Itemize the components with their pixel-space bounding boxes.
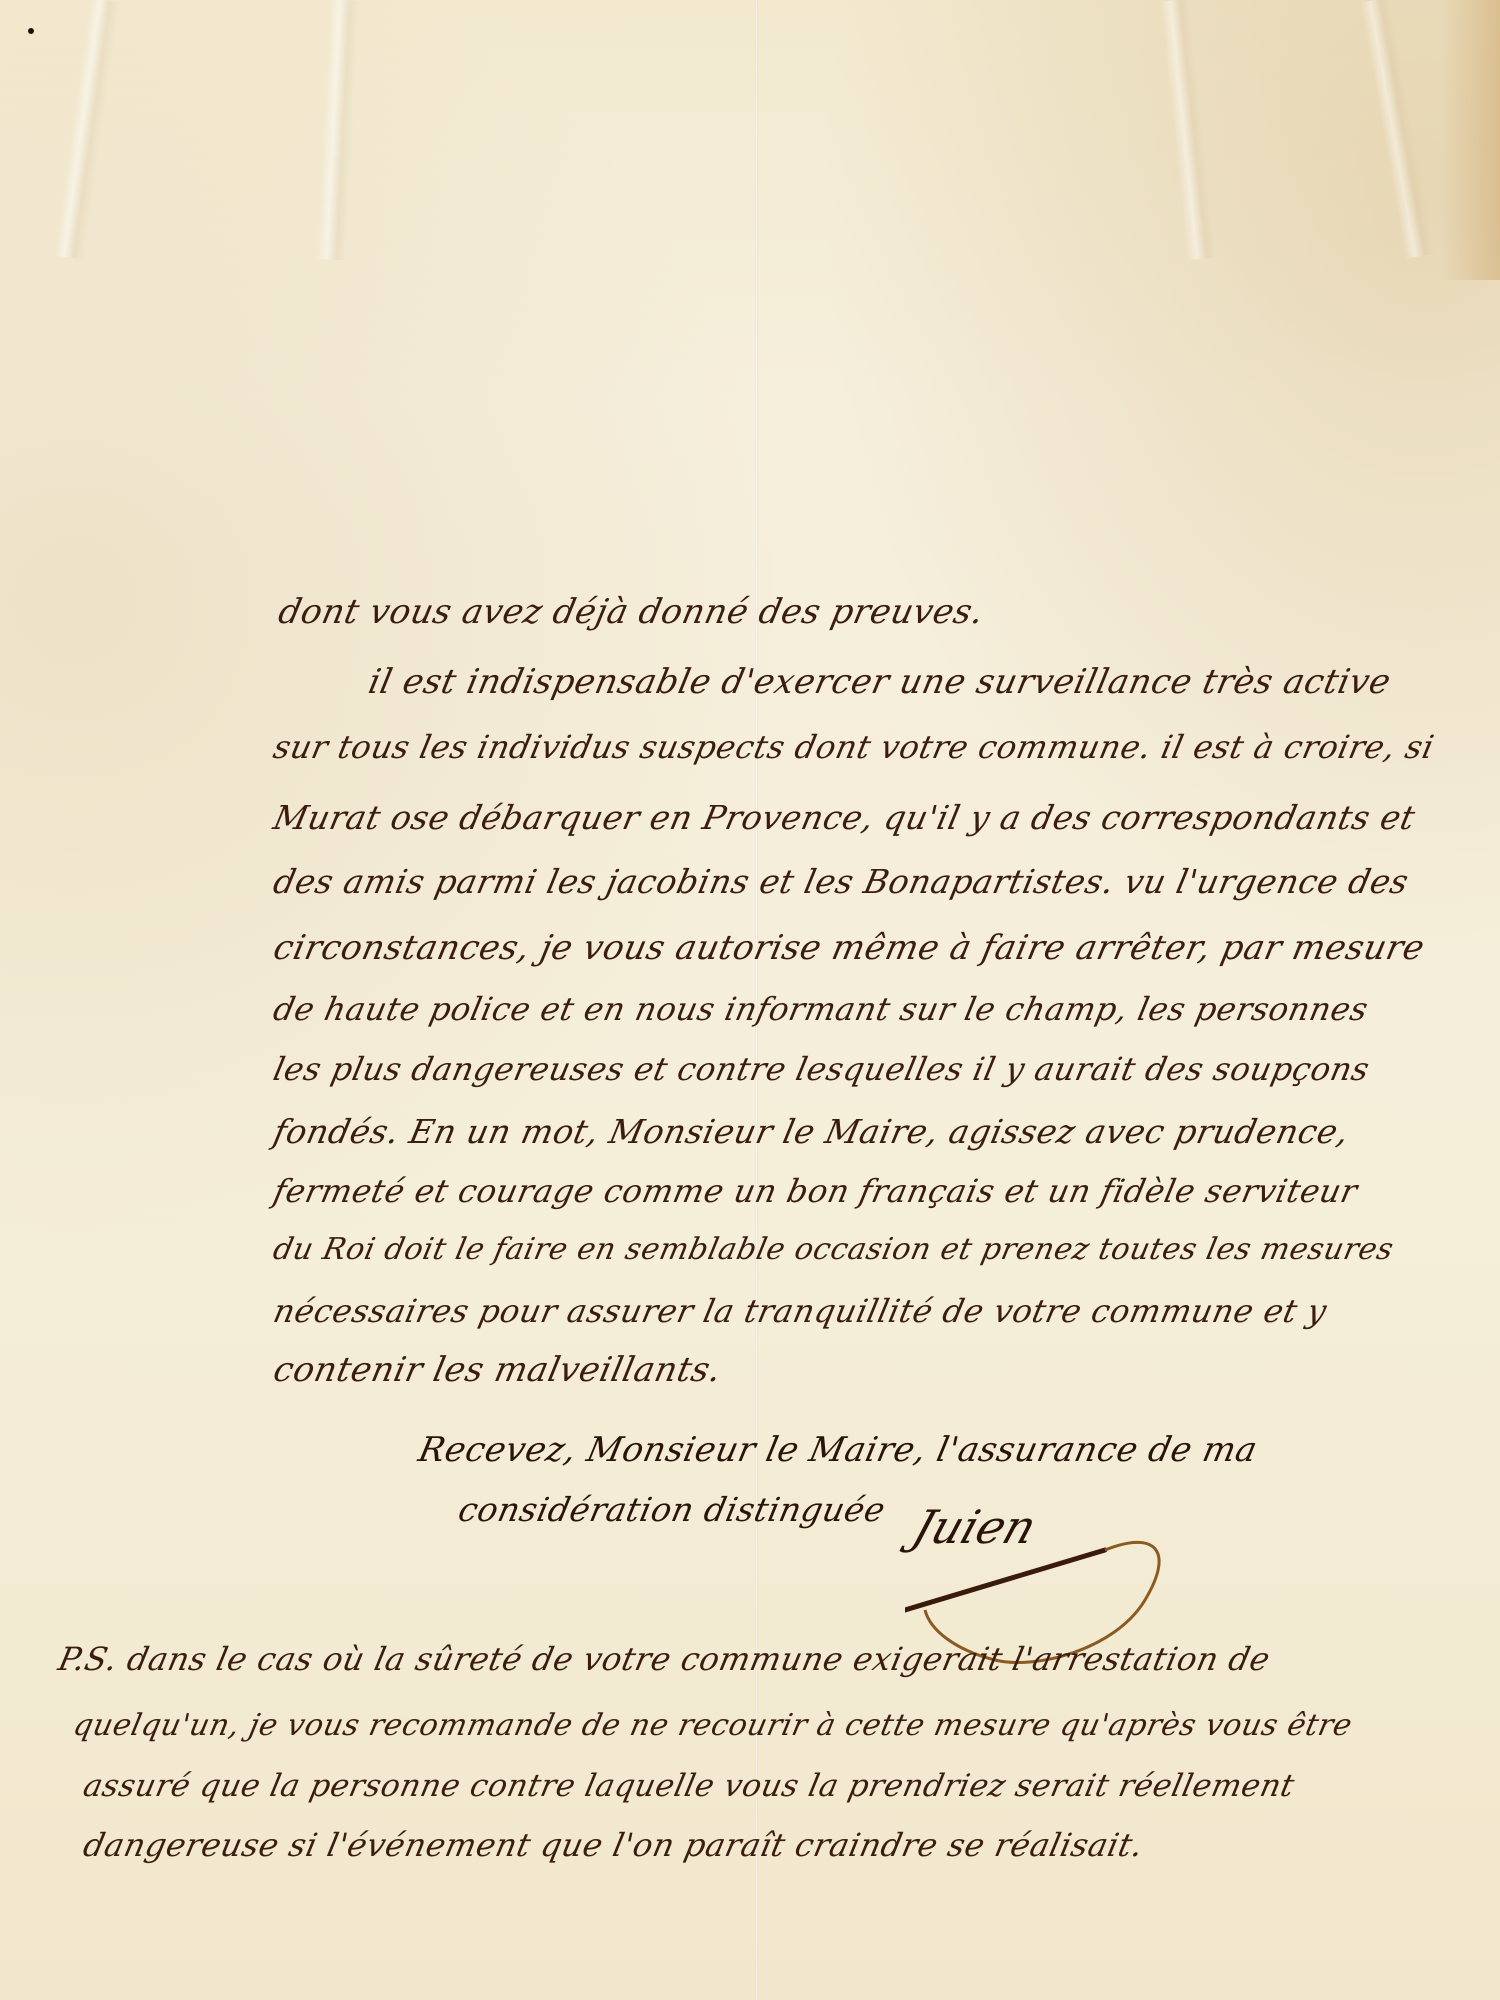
paper-wrinkle bbox=[1360, 0, 1435, 259]
body-line: il est indispensable d'exercer une surve… bbox=[365, 662, 1394, 702]
body-line: sur tous les individus suspects dont vot… bbox=[270, 728, 1438, 766]
closing-line: considération distinguée bbox=[455, 1490, 889, 1529]
paper-wrinkle bbox=[54, 0, 120, 260]
postscript-line: assuré que la personne contre laquelle v… bbox=[80, 1768, 1298, 1804]
body-line: de haute police et en nous informant sur… bbox=[270, 990, 1372, 1028]
body-line: des amis parmi les jacobins et les Bonap… bbox=[270, 862, 1412, 901]
postscript-line: P.S. dans le cas où la sûreté de votre c… bbox=[55, 1640, 1274, 1678]
body-line: les plus dangereuses et contre lesquelle… bbox=[270, 1050, 1373, 1088]
manuscript-page: dont vous avez déjà donné des preuves. i… bbox=[0, 0, 1500, 2000]
paper-wrinkle bbox=[316, 0, 360, 260]
body-line: circonstances, je vous autorise même à f… bbox=[270, 928, 1428, 968]
body-line: nécessaires pour assurer la tranquillité… bbox=[270, 1292, 1330, 1330]
body-line: Murat ose débarquer en Provence, qu'il y… bbox=[270, 798, 1419, 837]
body-line: fondés. En un mot, Monsieur le Maire, ag… bbox=[270, 1112, 1353, 1151]
closing-line: Recevez, Monsieur le Maire, l'assurance … bbox=[415, 1430, 1261, 1470]
postscript-line: quelqu'un, je vous recommande de ne reco… bbox=[70, 1708, 1355, 1743]
body-line: contenir les malveillants. bbox=[270, 1350, 725, 1390]
paper-stain bbox=[1440, 0, 1500, 280]
postscript-line: dangereuse si l'événement que l'on paraî… bbox=[80, 1826, 1147, 1864]
paper-wrinkle bbox=[1160, 0, 1217, 260]
body-line: du Roi doit le faire en semblable occasi… bbox=[270, 1232, 1397, 1267]
body-line: dont vous avez déjà donné des preuves. bbox=[275, 592, 987, 632]
body-line: fermeté et courage comme un bon français… bbox=[270, 1172, 1361, 1210]
ink-spot bbox=[28, 28, 34, 34]
